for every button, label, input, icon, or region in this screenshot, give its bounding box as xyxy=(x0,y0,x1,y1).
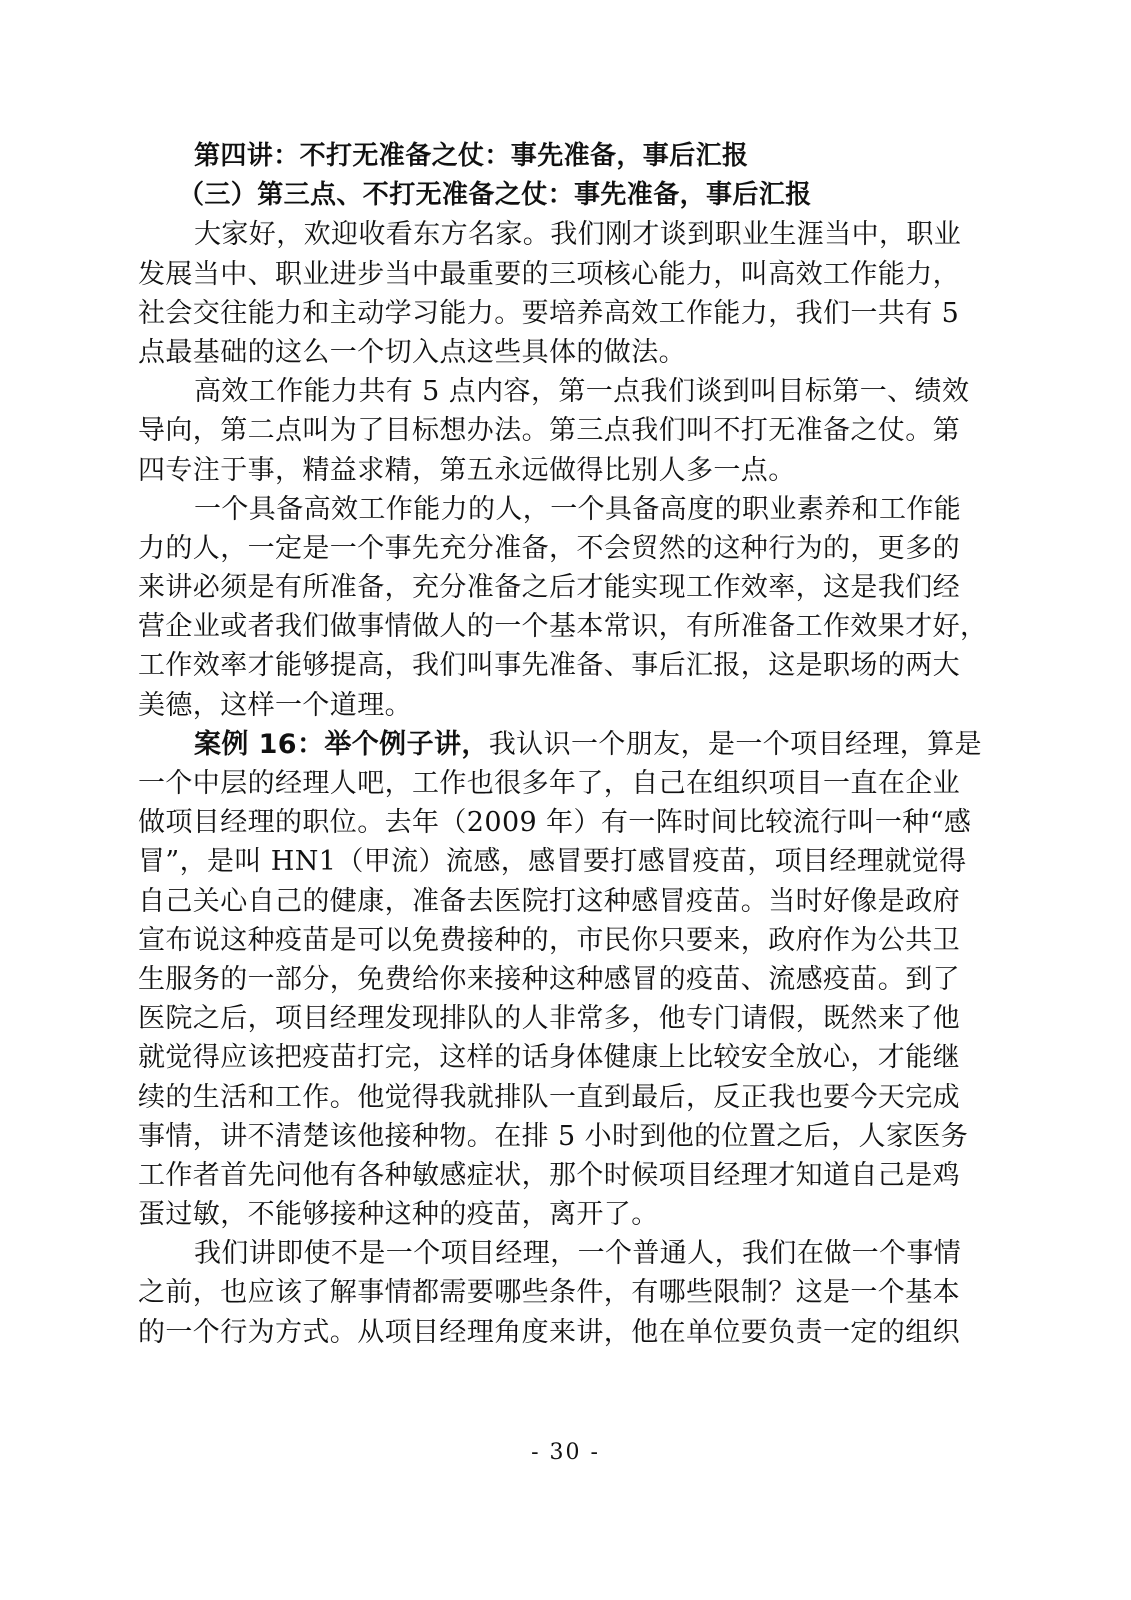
case-label: 案例 16：举个例子讲， xyxy=(194,729,489,760)
paragraph-line: 做项目经理的职位。去年（2009 年）有一阵时间比较流行叫一种“感 xyxy=(138,803,978,842)
paragraph-line: 美德，这样一个道理。 xyxy=(138,686,978,725)
paragraph-line: 医院之后，项目经理发现排队的人非常多，他专门请假，既然来了他 xyxy=(138,999,978,1038)
paragraph-line: 蛋过敏，不能够接种这种的疫苗，离开了。 xyxy=(138,1195,978,1234)
paragraph-line: 冒”，是叫 HN1（甲流）流感，感冒要打感冒疫苗，项目经理就觉得 xyxy=(138,842,978,881)
paragraph-intro: 大家好，欢迎收看东方名家。我们刚才谈到职业生涯当中，职业 发展当中、职业进步当中… xyxy=(138,215,978,372)
paragraph-line: 事情，讲不清楚该他接种物。在排 5 小时到他的位置之后，人家医务 xyxy=(138,1117,978,1156)
paragraph-line: 工作效率才能够提高，我们叫事先准备、事后汇报，这是职场的两大 xyxy=(138,646,978,685)
document-page: 第四讲：不打无准备之仗：事先准备，事后汇报 （三）第三点、不打无准备之仗：事先准… xyxy=(138,137,978,1352)
paragraph-preparation: 一个具备高效工作能力的人，一个具备高度的职业素养和工作能 力的人，一定是一个事先… xyxy=(138,490,978,725)
paragraph-five-points: 高效工作能力共有 5 点内容，第一点我们谈到叫目标第一、绩效 导向，第二点叫为了… xyxy=(138,372,978,490)
paragraph-line: 之前，也应该了解事情都需要哪些条件，有哪些限制？这是一个基本 xyxy=(138,1273,978,1312)
paragraph-line: 一个中层的经理人吧，工作也很多年了，自己在组织项目一直在企业 xyxy=(138,764,978,803)
section-title: （三）第三点、不打无准备之仗：事先准备，事后汇报 xyxy=(138,176,978,215)
paragraph-line: 导向，第二点叫为了目标想办法。第三点我们叫不打无准备之仗。第 xyxy=(138,411,978,450)
case-lead-text: 我认识一个朋友，是一个项目经理，算是 xyxy=(489,729,982,760)
paragraph-line: 来讲必须是有所准备，充分准备之后才能实现工作效率，这是我们经 xyxy=(138,568,978,607)
page-number: - 30 - xyxy=(0,1440,1131,1465)
paragraph-line: 的一个行为方式。从项目经理角度来讲，他在单位要负责一定的组织 xyxy=(138,1313,978,1352)
paragraph-line: 发展当中、职业进步当中最重要的三项核心能力，叫高效工作能力， xyxy=(138,255,978,294)
paragraph-line: 自己关心自己的健康，准备去医院打这种感冒疫苗。当时好像是政府 xyxy=(138,882,978,921)
paragraph-line: 点最基础的这么一个切入点这些具体的做法。 xyxy=(138,333,978,372)
paragraph-line: 营企业或者我们做事情做人的一个基本常识，有所准备工作效果才好， xyxy=(138,607,978,646)
paragraph-line: 就觉得应该把疫苗打完，这样的话身体健康上比较安全放心，才能继 xyxy=(138,1038,978,1077)
paragraph-line: 力的人，一定是一个事先充分准备，不会贸然的这种行为的，更多的 xyxy=(138,529,978,568)
paragraph-line: 工作者首先问他有各种敏感症状，那个时候项目经理才知道自己是鸡 xyxy=(138,1156,978,1195)
paragraph-line: 四专注于事，精益求精，第五永远做得比别人多一点。 xyxy=(138,451,978,490)
paragraph-line: 我们讲即使不是一个项目经理，一个普通人，我们在做一个事情 xyxy=(138,1234,978,1273)
paragraph-line: 高效工作能力共有 5 点内容，第一点我们谈到叫目标第一、绩效 xyxy=(138,372,978,411)
paragraph-line: 一个具备高效工作能力的人，一个具备高度的职业素养和工作能 xyxy=(138,490,978,529)
paragraph-line: 续的生活和工作。他觉得我就排队一直到最后，反正我也要今天完成 xyxy=(138,1078,978,1117)
paragraph-line: 案例 16：举个例子讲，我认识一个朋友，是一个项目经理，算是 xyxy=(138,725,978,764)
paragraph-line: 宣布说这种疫苗是可以免费接种的，市民你只要来，政府作为公共卫 xyxy=(138,921,978,960)
paragraph-line: 社会交往能力和主动学习能力。要培养高效工作能力，我们一共有 5 xyxy=(138,294,978,333)
paragraph-line: 大家好，欢迎收看东方名家。我们刚才谈到职业生涯当中，职业 xyxy=(138,215,978,254)
paragraph-conclusion: 我们讲即使不是一个项目经理，一个普通人，我们在做一个事情 之前，也应该了解事情都… xyxy=(138,1234,978,1352)
lecture-title: 第四讲：不打无准备之仗：事先准备，事后汇报 xyxy=(138,137,978,176)
paragraph-case-16: 案例 16：举个例子讲，我认识一个朋友，是一个项目经理，算是 一个中层的经理人吧… xyxy=(138,725,978,1234)
paragraph-line: 生服务的一部分，免费给你来接种这种感冒的疫苗、流感疫苗。到了 xyxy=(138,960,978,999)
